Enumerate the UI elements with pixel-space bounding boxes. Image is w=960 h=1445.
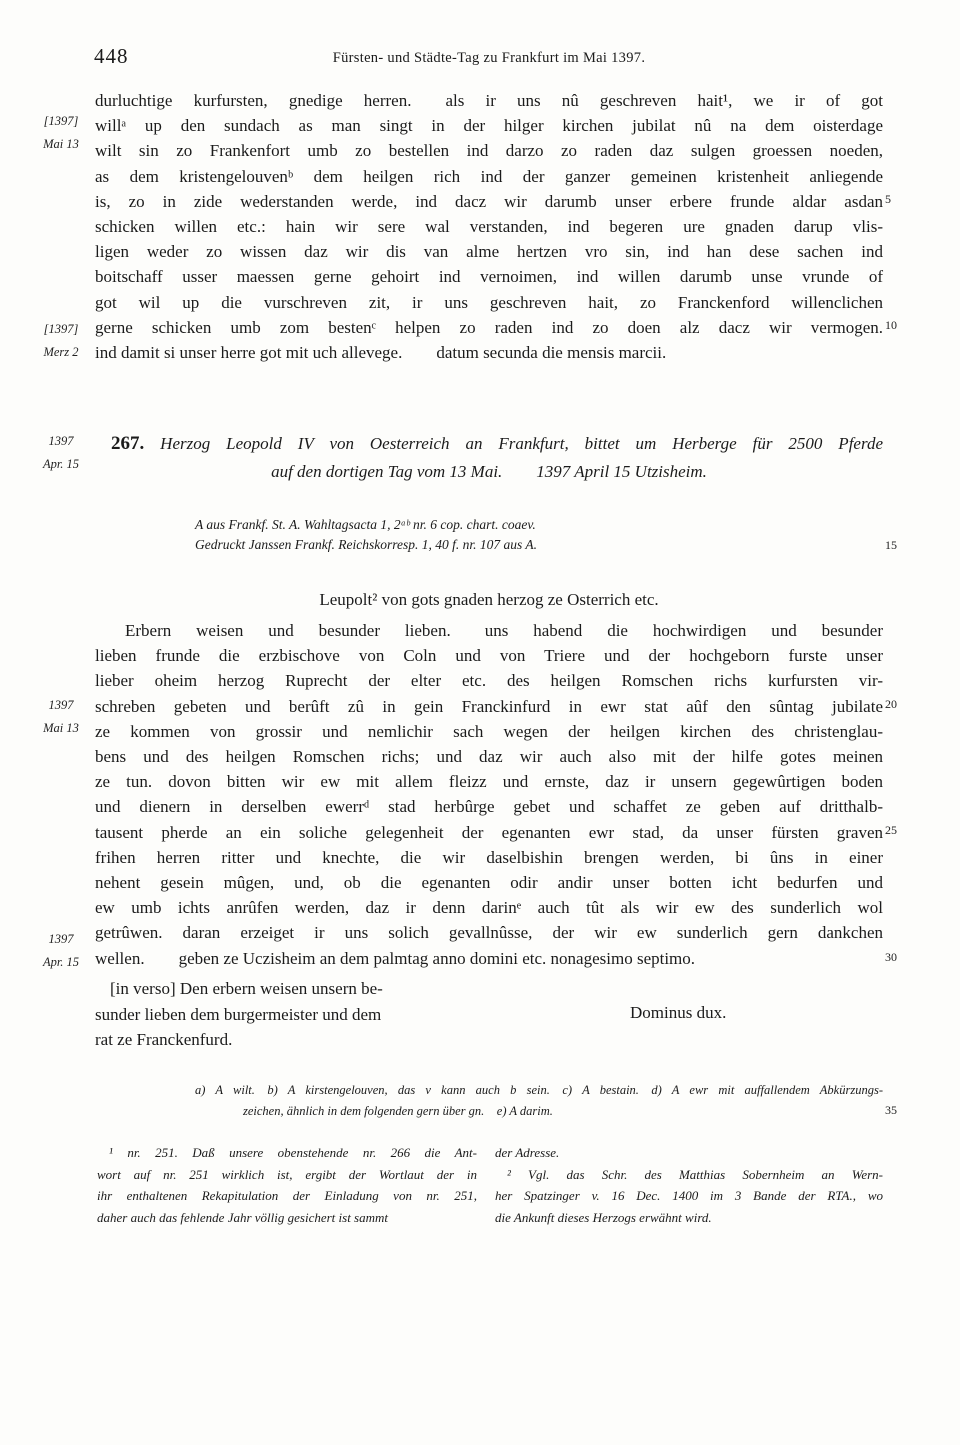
body-line: willᵃ up den sundach as man singt in der…: [95, 113, 883, 138]
margin-note-date: Apr. 15: [30, 453, 92, 476]
margin-note-date: Mai 13: [30, 717, 92, 740]
body-line: lieber oheim herzog Ruprecht der elter e…: [95, 668, 883, 693]
body-line: getrûwen. daran erzeiget ir uns solich g…: [95, 920, 883, 945]
book-page: 448 Fürsten- und Städte-Tag zu Frankfurt…: [0, 0, 960, 1445]
margin-note-1397-apr-15-body: 1397 Apr. 15: [30, 928, 92, 974]
margin-note-year: [1397]: [30, 318, 92, 341]
body-line: durluchtige kurfursten, gnedige herren. …: [95, 88, 883, 113]
apparatus-line: a) A wilt. b) A kirstengelouven, das v k…: [95, 1080, 883, 1101]
body-line: und dienern in derselben ewerrᵈ stad her…: [95, 794, 883, 819]
margin-note-date: Merz 2: [30, 341, 92, 364]
letter-salutation: Leupolt² von gots gnaden herzog ze Oster…: [95, 590, 883, 610]
footnote-line: her Spatzinger v. 16 Dec. 1400 im 3 Band…: [495, 1185, 883, 1207]
body-line: got wil up die vurschreven zit, ir uns g…: [95, 290, 883, 315]
body-line: nehent gesein mûgen, und, ob die egenant…: [95, 870, 883, 895]
address-line: rat ze Franckenfurd.: [95, 1027, 525, 1053]
heading-line: auf den dortigen Tag vom 13 Mai. 1397 Ap…: [95, 458, 883, 486]
line-number-marker: 20: [885, 697, 897, 712]
footnote-line: ihr enthaltenen Rekapitulation der Einla…: [97, 1185, 477, 1207]
address-line: [in verso] Den erbern weisen unsern be-: [95, 976, 525, 1002]
line-number-marker: 15: [885, 538, 897, 553]
body-line: schicken willen etc.: hain wir sere wal …: [95, 214, 883, 239]
margin-note-1397-mai-13-body: 1397 Mai 13: [30, 694, 92, 740]
address-line: sunder lieben dem burgermeister und dem: [95, 1002, 525, 1028]
heading-title: Herzog Leopold IV von Oesterreich an Fra…: [160, 434, 883, 453]
footnote-line: ² Vgl. das Schr. des Matthias Sobernheim…: [495, 1164, 883, 1186]
line-number-marker: 30: [885, 950, 897, 965]
verso-address: [in verso] Den erbern weisen unsern be- …: [95, 976, 525, 1053]
body-line: ew umb ichts anrûfen werden, daz ir denn…: [95, 895, 883, 920]
margin-note-1397-apr-15-heading: 1397 Apr. 15: [30, 430, 92, 476]
doc267-heading: 267. Herzog Leopold IV von Oesterreich a…: [95, 430, 883, 486]
body-line: is, zo in zide wederstanden werde, ind d…: [95, 189, 883, 214]
line-number-marker: 35: [885, 1103, 897, 1118]
line-number-marker: 10: [885, 318, 897, 333]
footnote-line: die Ankunft dieses Herzogs erwähnt wird.: [495, 1207, 883, 1229]
source-citation: A aus Frankf. St. A. Wahltagsacta 1, 2ᵃᵇ…: [195, 515, 883, 555]
margin-note-date: Mai 13: [30, 133, 92, 156]
body-line: ze tun. dovon bitten wir ew mit allem fl…: [95, 769, 883, 794]
body-line: ze kommen von grossir und nemlichir sach…: [95, 719, 883, 744]
margin-note-date: Apr. 15: [30, 951, 92, 974]
margin-note-year: 1397: [30, 928, 92, 951]
body-line: tausent pherde an ein soliche gelegenhei…: [95, 820, 883, 845]
body-line: ind damit si unser herre got mit uch all…: [95, 340, 883, 365]
heading-line: 267. Herzog Leopold IV von Oesterreich a…: [95, 430, 883, 458]
body-line: schreben gebeten und berûft zû in gein F…: [95, 694, 883, 719]
body-line: frihen herren ritter und knechte, die wi…: [95, 845, 883, 870]
margin-note-year: 1397: [30, 694, 92, 717]
apparatus-line: zeichen, ähnlich in dem folgenden gern ü…: [95, 1101, 883, 1122]
line-number-marker: 25: [885, 823, 897, 838]
footnote-line: ¹ nr. 251. Daß unsere obenstehende nr. 2…: [97, 1142, 477, 1164]
margin-note-year: 1397: [30, 430, 92, 453]
signature-dominus-dux: Dominus dux.: [630, 1003, 726, 1023]
body-line: bens und des heilgen Romschen richs; und…: [95, 744, 883, 769]
body-line: gerne schicken umb zom bestenᶜ helpen zo…: [95, 315, 883, 340]
source-line: Gedruckt Janssen Frankf. Reichskorresp. …: [195, 535, 883, 555]
margin-note-1397-mai-13: [1397] Mai 13: [30, 110, 92, 156]
body-line: wilt sin zo Frankenfort umb zo bestellen…: [95, 138, 883, 163]
source-line: A aus Frankf. St. A. Wahltagsacta 1, 2ᵃᵇ…: [195, 515, 883, 535]
footnote-column-left: ¹ nr. 251. Daß unsere obenstehende nr. 2…: [97, 1142, 477, 1228]
margin-note-year: [1397]: [30, 110, 92, 133]
line-number-marker: 5: [885, 192, 891, 207]
doc267-body: Erbern weisen und besunder lieben. uns h…: [95, 618, 883, 971]
footnote-line: der Adresse.: [495, 1142, 883, 1164]
body-line: Erbern weisen und besunder lieben. uns h…: [95, 618, 883, 643]
body-line: lieben frunde die erzbischove von Coln u…: [95, 643, 883, 668]
critical-apparatus: a) A wilt. b) A kirstengelouven, das v k…: [95, 1080, 883, 1122]
body-line: wellen. geben ze Uczisheim an dem palmta…: [95, 946, 883, 971]
running-title: Fürsten- und Städte-Tag zu Frankfurt im …: [95, 50, 883, 67]
body-line: as dem kristengelouvenᵇ dem heilgen rich…: [95, 164, 883, 189]
footnote-line: wort auf nr. 251 wirklich ist, ergibt de…: [97, 1164, 477, 1186]
doc266-body: durluchtige kurfursten, gnedige herren. …: [95, 88, 883, 365]
margin-note-1397-merz-2: [1397] Merz 2: [30, 318, 92, 364]
footnote-line: daher auch das fehlende Jahr völlig gesi…: [97, 1207, 477, 1229]
body-line: ligen weder zo wissen daz wir dis van al…: [95, 239, 883, 264]
document-number: 267.: [111, 433, 144, 454]
footnote-column-right: der Adresse. ² Vgl. das Schr. des Matthi…: [495, 1142, 883, 1228]
body-line: boitschaff usser maessen gerne gehoirt i…: [95, 264, 883, 289]
